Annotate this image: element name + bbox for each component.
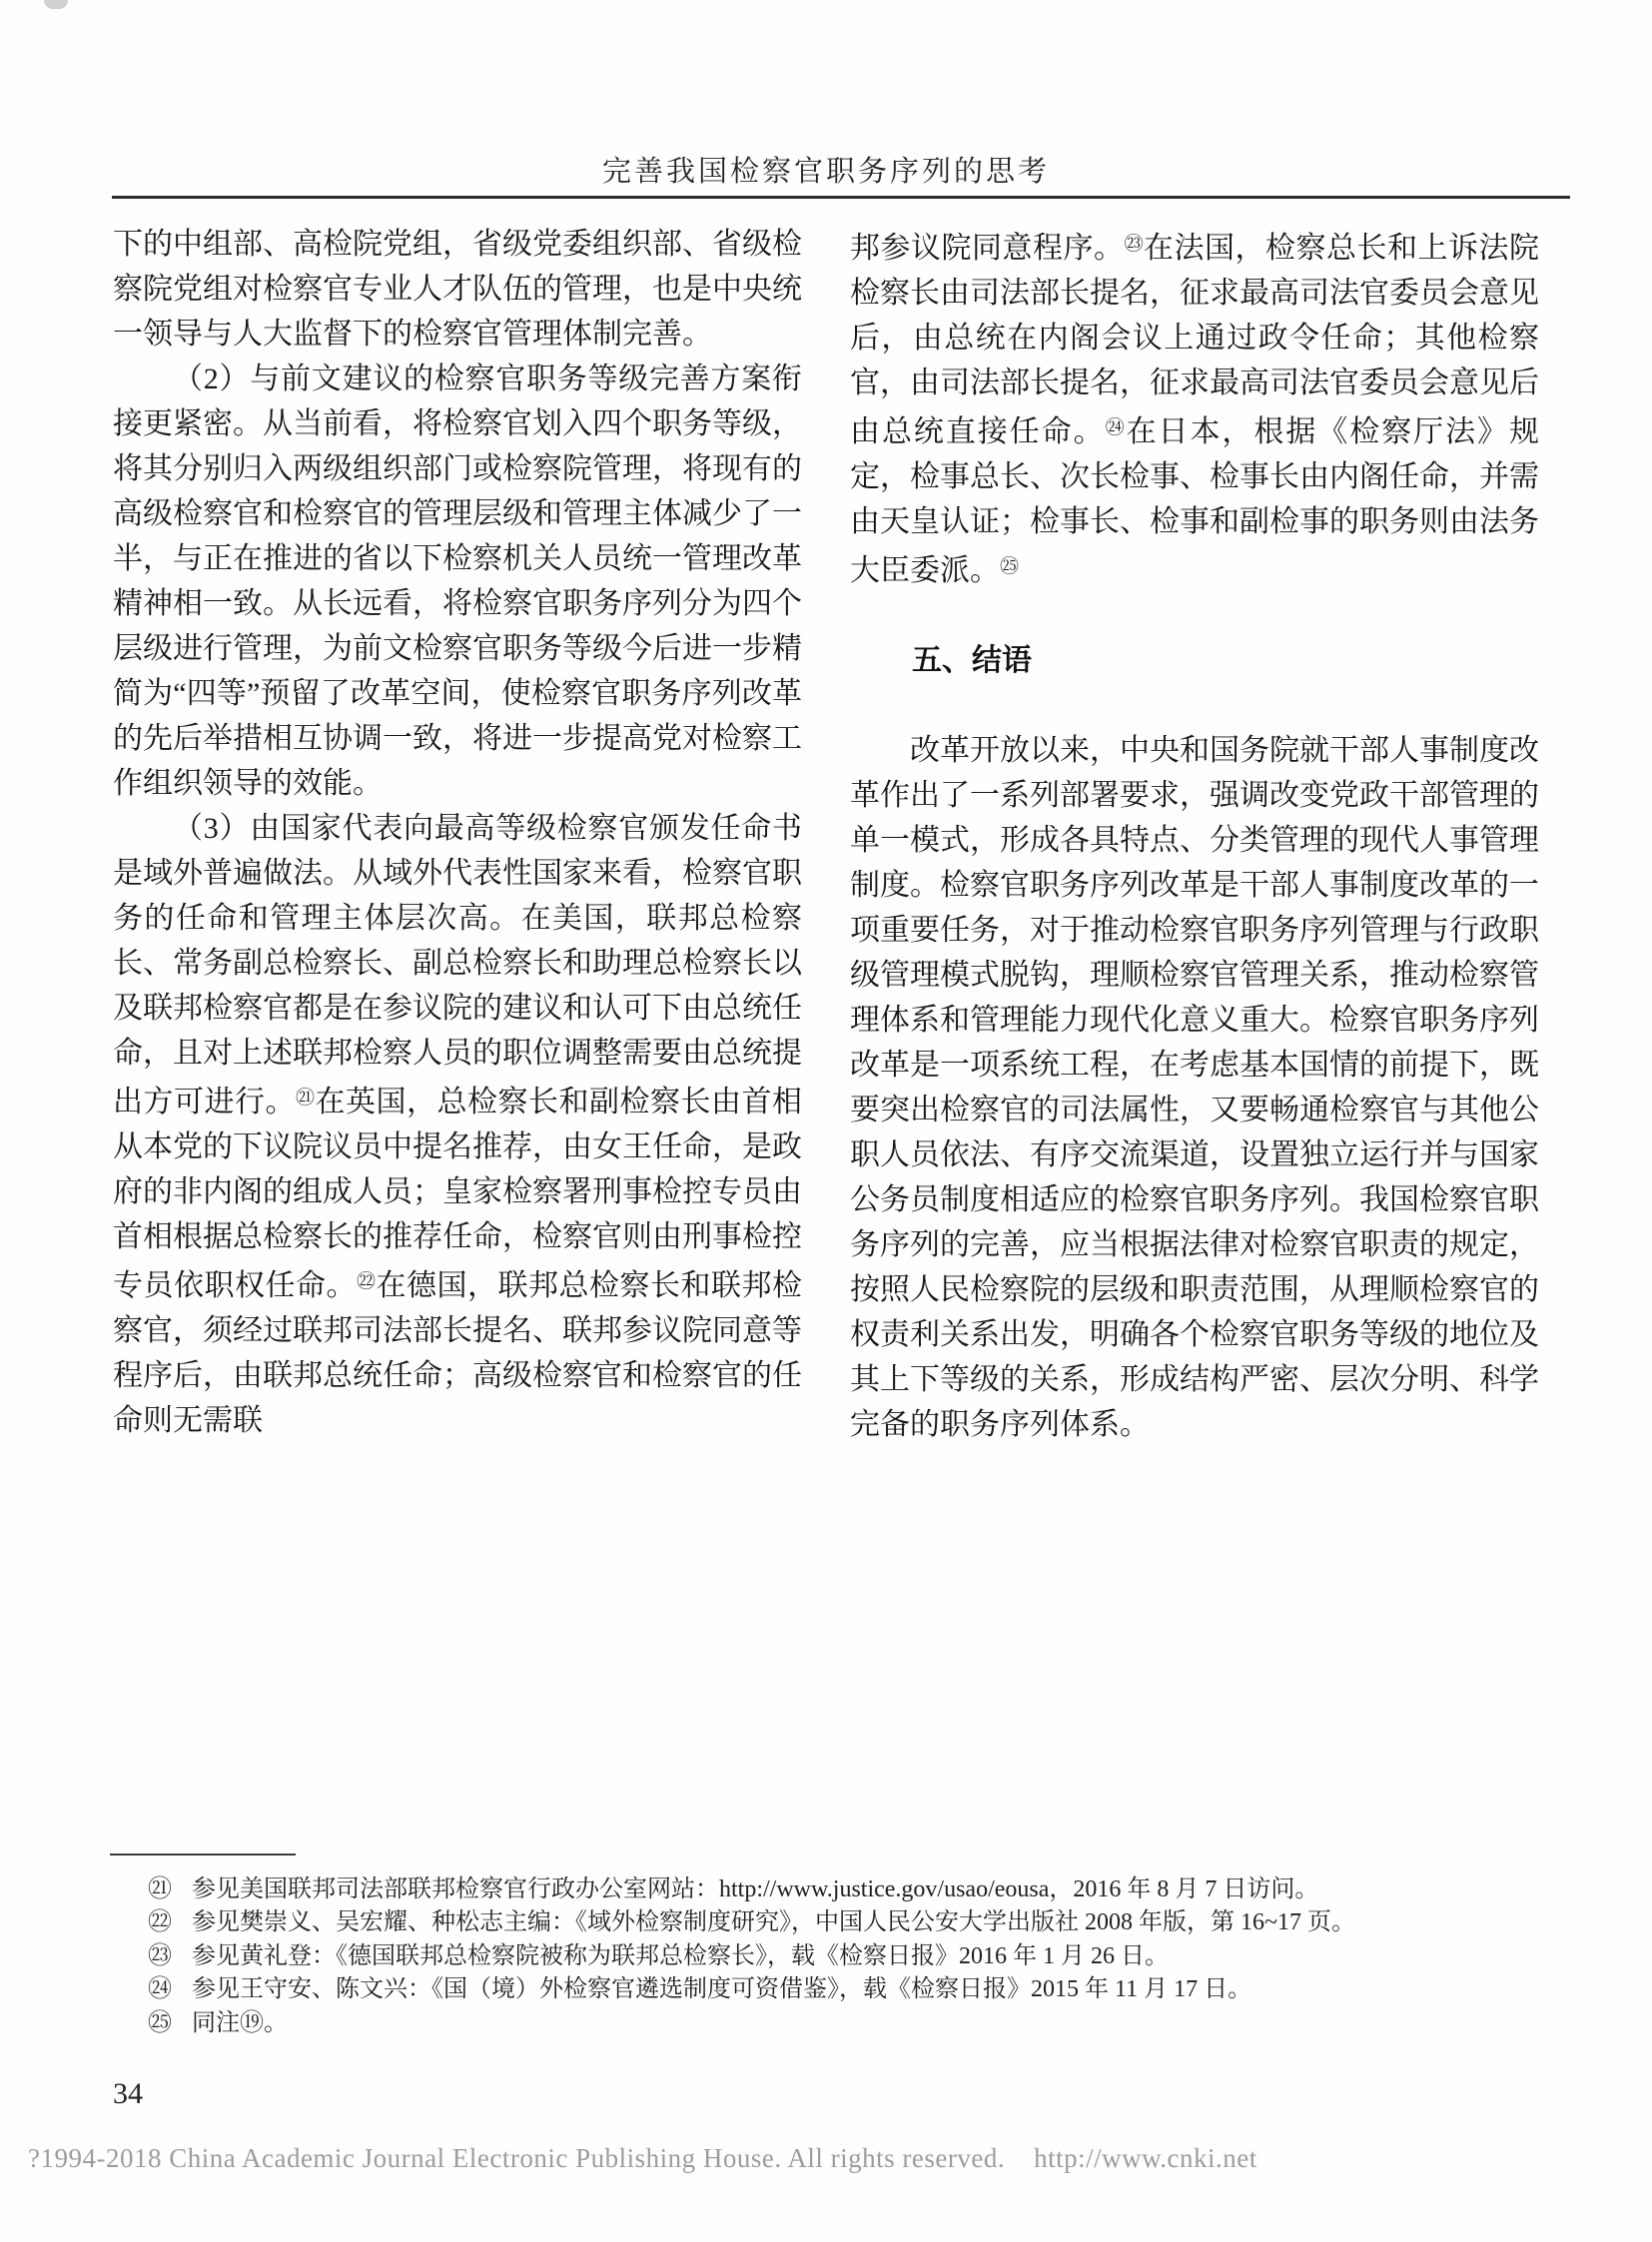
- right-column-top: 邦参议院同意程序。㉓在法国，检察总长和上诉法院检察长由司法部长提名，征求最高司法…: [850, 222, 1539, 593]
- text-run: （2）与前文建议的检察官职务等级完善方案衔接更紧密。从当前看，将检察官划入四个职…: [113, 363, 802, 800]
- text-run: 邦参议院同意程序。: [850, 232, 1125, 265]
- footnote-ref: ㉔: [1106, 417, 1127, 438]
- footnote-number: ㉕: [148, 2007, 172, 2040]
- paragraph: （3）由国家代表向最高等级检察官颁发任命书是域外普遍做法。从域外代表性国家来看，…: [113, 806, 802, 1443]
- running-header-title: 完善我国检察官职务序列的思考: [0, 149, 1652, 190]
- footnote-item: ㉓参见黄礼登：《德国联邦总检察院被称为联邦总检察长》，载《检察日报》2016 年…: [148, 1940, 1566, 1973]
- footnote-ref: ㉑: [296, 1088, 316, 1109]
- footnote-item: ㉕同注⑲。: [148, 2007, 1566, 2040]
- footnote-number: ㉑: [148, 1873, 172, 1906]
- right-column: 邦参议院同意程序。㉓在法国，检察总长和上诉法院检察长由司法部长提名，征求最高司法…: [850, 222, 1539, 1447]
- journal-page: 完善我国检察官职务序列的思考 下的中组部、高检院党组，省级党委组织部、省级检察院…: [0, 0, 1652, 2242]
- footnote-ref: ㉕: [1000, 556, 1019, 577]
- footnote-number: ㉓: [148, 1940, 172, 1973]
- footnote-number: ㉒: [148, 1906, 172, 1939]
- footnote-text: 参见黄礼登：《德国联邦总检察院被称为联邦总检察长》，载《检察日报》2016 年 …: [192, 1943, 1169, 1969]
- footnote-text: 参见美国联邦司法部联邦检察官行政办公室网站：http://www.justice…: [192, 1876, 1318, 1902]
- paragraph: （2）与前文建议的检察官职务等级完善方案衔接更紧密。从当前看，将检察官划入四个职…: [113, 357, 802, 806]
- footnote-item: ㉑参见美国联邦司法部联邦检察官行政办公室网站：http://www.justic…: [148, 1873, 1566, 1906]
- paragraph: 改革开放以来，中央和国务院就干部人事制度改革作出了一系列部署要求，强调改变党政干…: [850, 728, 1539, 1447]
- footnote-number: ㉔: [148, 1973, 172, 2006]
- footnote-text: 参见樊崇义、吴宏耀、种松志主编：《域外检察制度研究》，中国人民公安大学出版社 2…: [192, 1909, 1355, 1935]
- footnote-ref: ㉒: [357, 1271, 377, 1292]
- copyright-watermark: ?1994-2018 China Academic Journal Electr…: [28, 2143, 1257, 2174]
- page-number: 34: [113, 2077, 143, 2111]
- header-rule: [112, 196, 1570, 199]
- left-column: 下的中组部、高检院党组，省级党委组织部、省级检察院党组对检察官专业人才队伍的管理…: [113, 222, 802, 1443]
- text-run: 下的中组部、高检院党组，省级党委组织部、省级检察院党组对检察官专业人才队伍的管理…: [113, 228, 802, 351]
- footnotes-block: ㉑参见美国联邦司法部联邦检察官行政办公室网站：http://www.justic…: [148, 1873, 1566, 2040]
- text-run: 改革开放以来，中央和国务院就干部人事制度改革作出了一系列部署要求，强调改变党政干…: [850, 734, 1539, 1441]
- right-column-bottom: 改革开放以来，中央和国务院就干部人事制度改革作出了一系列部署要求，强调改变党政干…: [850, 728, 1539, 1447]
- paragraph: 邦参议院同意程序。㉓在法国，检察总长和上诉法院检察长由司法部长提名，征求最高司法…: [850, 222, 1539, 593]
- section-heading-conclusion: 五、结语: [850, 638, 1539, 683]
- footnote-item: ㉔参见王守安、陈文兴：《国（境）外检察官遴选制度可资借鉴》，载《检察日报》201…: [148, 1973, 1566, 2006]
- scan-artifact: [44, 0, 68, 9]
- footnote-item: ㉒参见樊崇义、吴宏耀、种松志主编：《域外检察制度研究》，中国人民公安大学出版社 …: [148, 1906, 1566, 1939]
- footnote-ref: ㉓: [1125, 234, 1145, 255]
- footnote-separator-rule: [110, 1854, 296, 1856]
- footnote-text: 参见王守安、陈文兴：《国（境）外检察官遴选制度可资借鉴》，载《检察日报》2015…: [192, 1976, 1251, 2002]
- footnote-text: 同注⑲。: [192, 2010, 288, 2036]
- text-run: （3）由国家代表向最高等级检察官颁发任命书是域外普遍做法。从域外代表性国家来看，…: [113, 812, 802, 1119]
- paragraph: 下的中组部、高检院党组，省级党委组织部、省级检察院党组对检察官专业人才队伍的管理…: [113, 222, 802, 357]
